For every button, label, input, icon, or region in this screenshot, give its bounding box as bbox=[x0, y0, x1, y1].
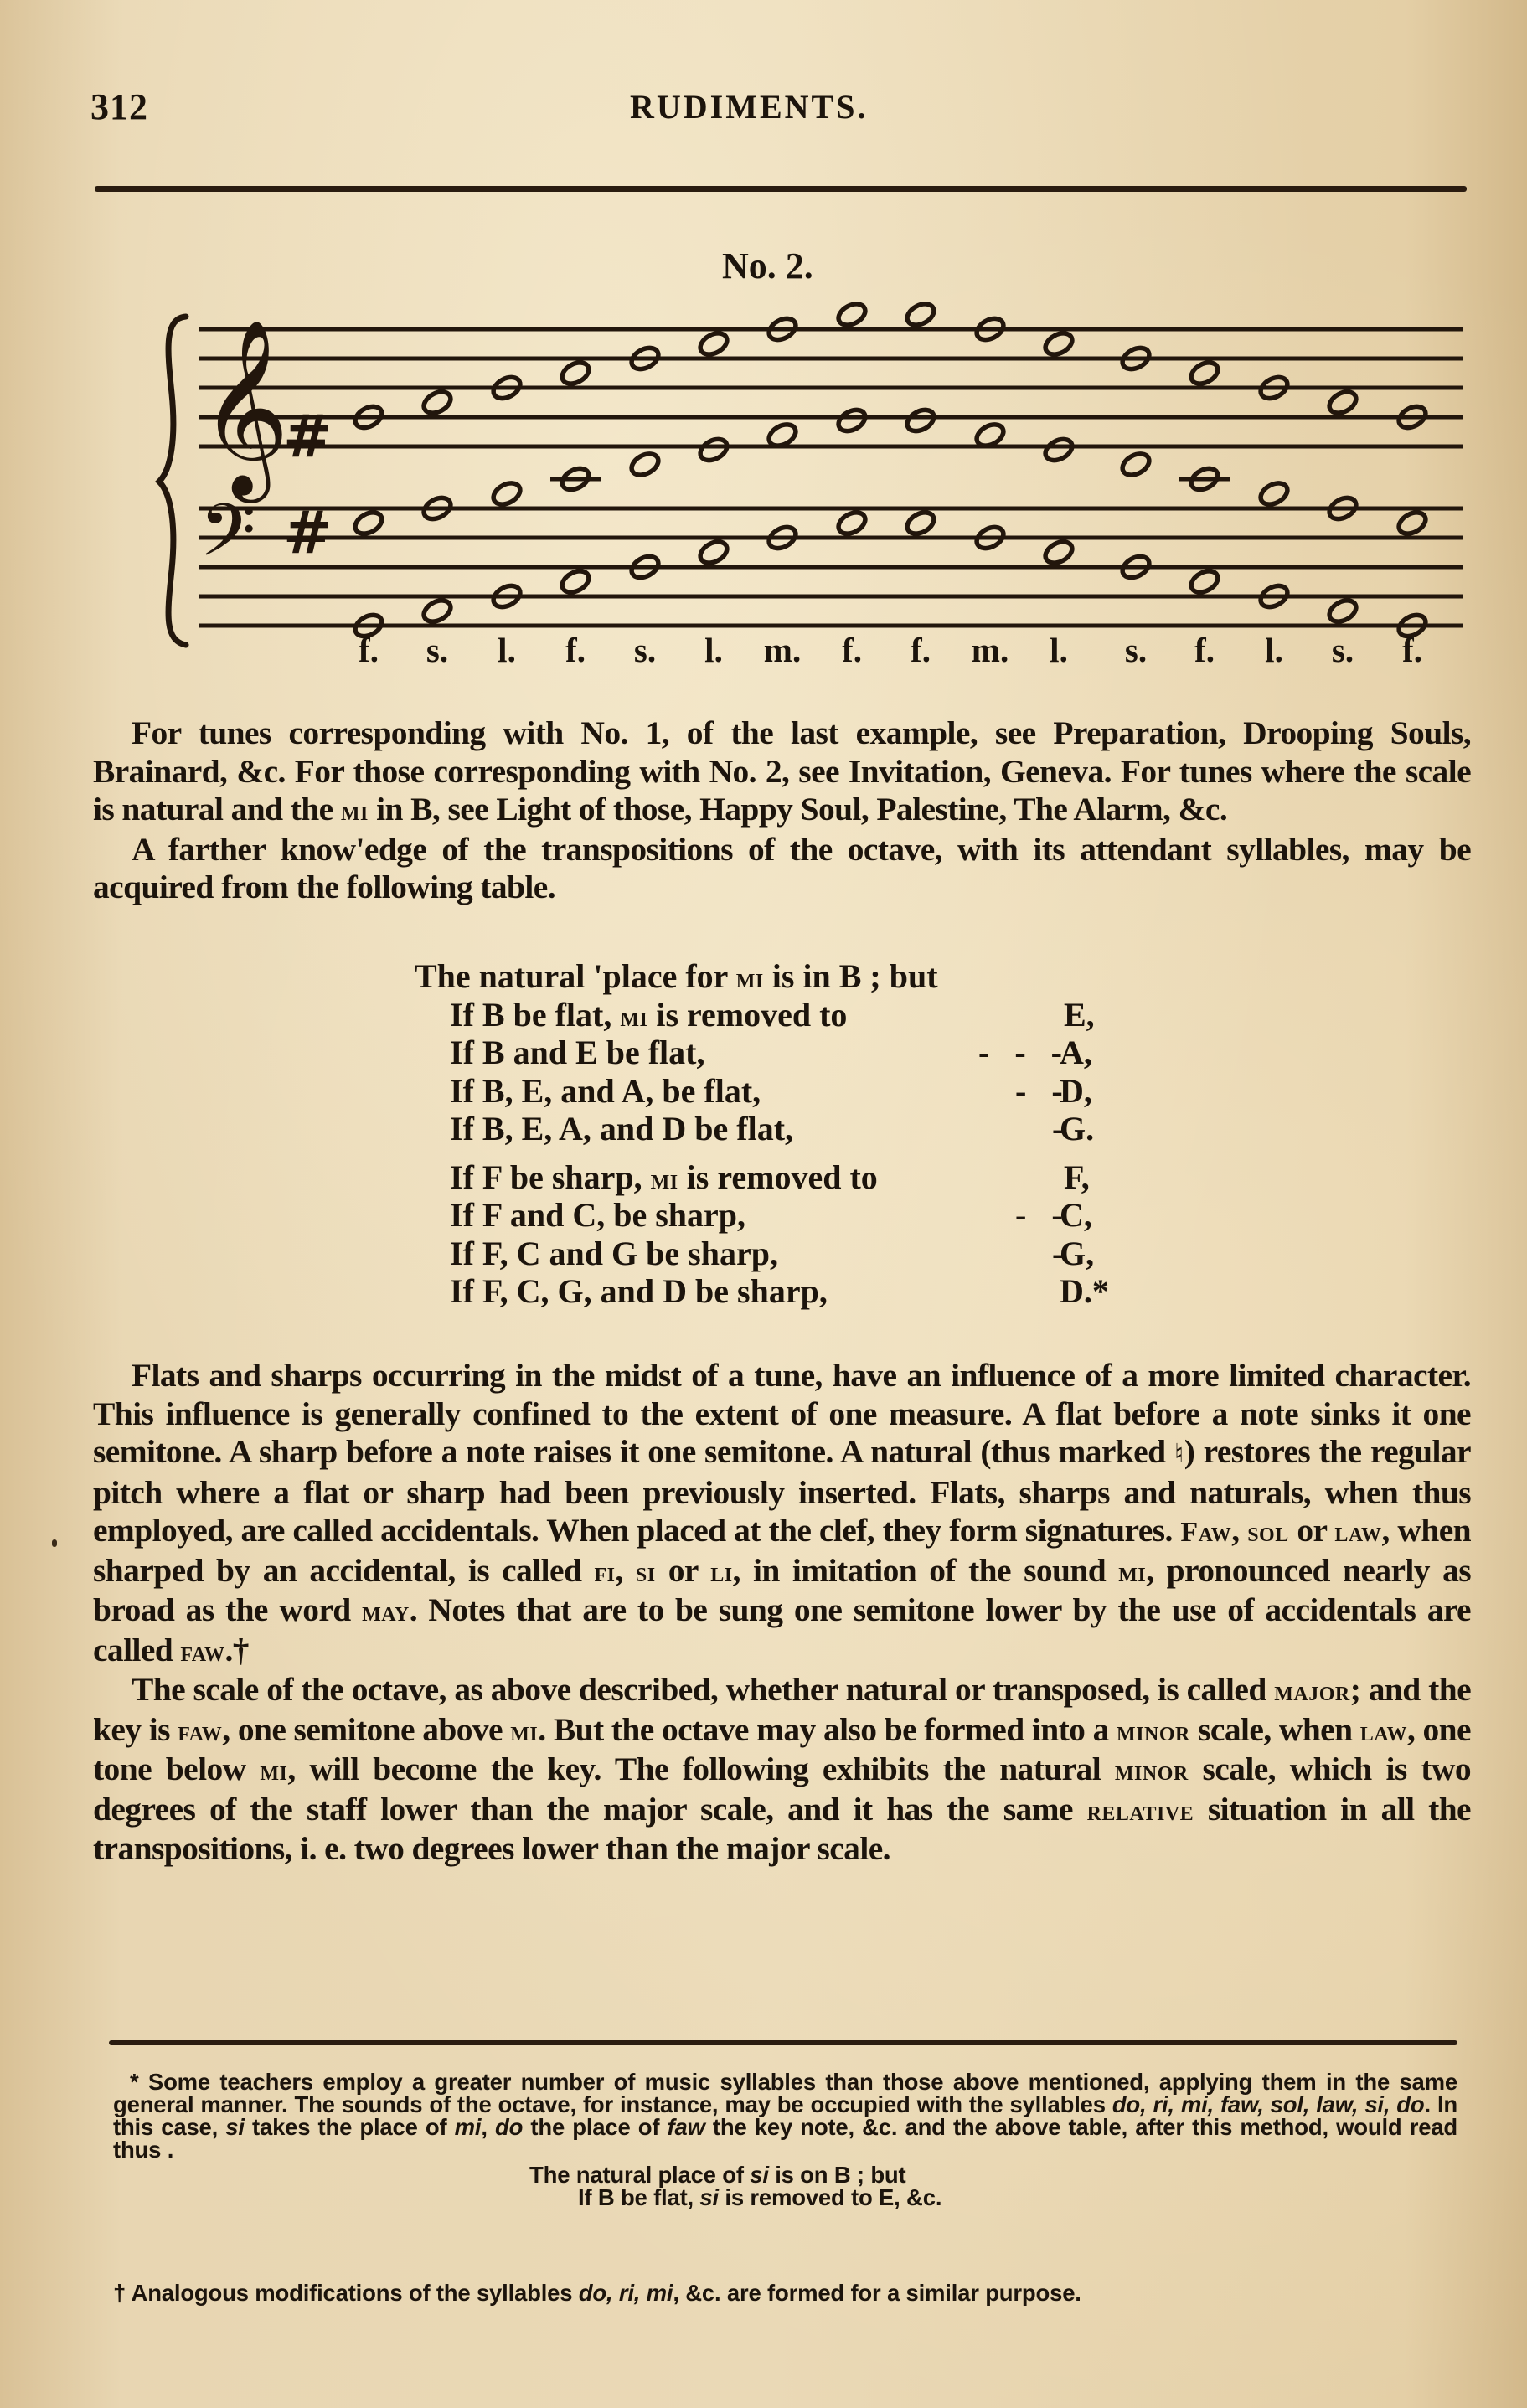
solfege-syllable: f. bbox=[359, 630, 379, 670]
table-intro-row: The natural 'place for mi is in B ; but bbox=[415, 957, 450, 996]
text: is in B ; but bbox=[764, 957, 938, 995]
solfege-syllable: s. bbox=[426, 630, 448, 670]
treble-clef-icon: 𝄞 bbox=[199, 317, 290, 503]
dagger-mark: † bbox=[113, 2280, 126, 2306]
paragraph-transposition-intro: A farther know'edge of the transposition… bbox=[93, 831, 1471, 907]
mi-position-key: E, bbox=[1064, 996, 1095, 1034]
solfege-syllable: m. bbox=[972, 630, 1009, 670]
mi-position-key: C, bbox=[1060, 1196, 1092, 1235]
text: takes the place of bbox=[245, 2114, 455, 2140]
text: the place of bbox=[523, 2114, 667, 2140]
text: , bbox=[481, 2114, 495, 2140]
solfege-syllable: m. bbox=[764, 630, 801, 670]
solfege-syllable: s. bbox=[1125, 630, 1147, 670]
syllable-fi: fi bbox=[594, 1557, 615, 1588]
syllable-si: si bbox=[699, 2184, 719, 2210]
text: , bbox=[615, 1552, 635, 1589]
whole-note-icon bbox=[904, 300, 937, 329]
syllable-law: law bbox=[1334, 1517, 1381, 1548]
condition: If B and E be flat, bbox=[450, 1034, 705, 1072]
mi-position-key: F, bbox=[1064, 1158, 1090, 1197]
bass-clef-icon: 𝄢 bbox=[199, 488, 256, 590]
transposition-table: The natural 'place for mi is in B ; but … bbox=[415, 957, 450, 1311]
solfege-syllable: f. bbox=[1194, 630, 1215, 670]
whole-note-icon bbox=[490, 479, 524, 508]
text: , in imitation of the sound bbox=[733, 1552, 1119, 1589]
whole-note-icon bbox=[835, 405, 869, 435]
whole-note-icon bbox=[1326, 596, 1359, 626]
text: , bbox=[1231, 1512, 1247, 1549]
whole-note-icon bbox=[1119, 450, 1153, 479]
natural-sign-icon: ♮ bbox=[1174, 1439, 1184, 1469]
solfege-syllable: f. bbox=[842, 630, 862, 670]
sharp-transpositions: If F be sharp, mi is removed toF,If F an… bbox=[415, 1158, 450, 1311]
syllable-si: si bbox=[225, 2114, 245, 2140]
solfege-syllable: l. bbox=[498, 630, 516, 670]
whole-note-icon bbox=[420, 388, 454, 417]
syllable-faw: Faw bbox=[1180, 1517, 1231, 1548]
text: scale, when bbox=[1190, 1711, 1360, 1748]
solfege-syllable: f. bbox=[1402, 630, 1422, 670]
syllable-mi: mi bbox=[455, 2114, 482, 2140]
whole-note-icon bbox=[904, 405, 937, 435]
solfege-syllable: l. bbox=[704, 630, 723, 670]
text: , will become the key. The following exh… bbox=[287, 1751, 1115, 1787]
term-relative: relative bbox=[1087, 1796, 1194, 1827]
text: The scale of the octave, as above descri… bbox=[132, 1671, 1274, 1708]
syllable-mi: mi bbox=[1118, 1557, 1146, 1588]
whole-note-icon bbox=[1042, 435, 1076, 464]
solfege-syllable: s. bbox=[1332, 630, 1354, 670]
condition: If F and C, be sharp, bbox=[450, 1196, 745, 1235]
text: .† bbox=[224, 1632, 248, 1668]
whole-note-icon bbox=[1257, 479, 1291, 508]
term-minor: minor bbox=[1115, 1756, 1189, 1787]
syllable-mi: mi bbox=[736, 962, 764, 994]
syllable-mi: mi bbox=[260, 1756, 287, 1787]
syllable-mi: mi bbox=[510, 1716, 538, 1747]
syllable-law: law bbox=[1360, 1716, 1407, 1747]
whole-note-icon bbox=[559, 567, 592, 596]
sharp-sign-icon: # bbox=[283, 401, 333, 471]
condition: If B, E, and A, be flat, bbox=[450, 1072, 761, 1111]
text: or bbox=[656, 1552, 711, 1589]
syllable-faw: faw bbox=[667, 2114, 704, 2140]
solfege-syllable: l. bbox=[1265, 630, 1283, 670]
condition: If B be flat, mi is removed to bbox=[450, 996, 847, 1037]
term-major: major bbox=[1274, 1676, 1349, 1707]
paragraph-accidentals: Flats and sharps occurring in the midst … bbox=[93, 1357, 1471, 1869]
syllable-faw: faw bbox=[180, 1637, 224, 1668]
text: , one semitone above bbox=[222, 1711, 510, 1748]
footnote-table: The natural place of si is on B ; but If… bbox=[529, 2163, 941, 2209]
condition: If F, C and G be sharp, bbox=[450, 1235, 778, 1273]
whole-note-icon bbox=[1042, 538, 1076, 567]
condition: If F, C, G, and D be sharp, bbox=[450, 1272, 828, 1311]
text: The natural 'place for bbox=[415, 957, 736, 995]
syllable-sol: sol bbox=[1247, 1517, 1289, 1548]
whole-note-icon bbox=[1188, 567, 1221, 596]
condition: If B, E, A, and D be flat, bbox=[450, 1110, 793, 1148]
whole-note-icon bbox=[697, 435, 730, 464]
syllable-do: do bbox=[495, 2114, 523, 2140]
whole-note-icon bbox=[1188, 358, 1221, 388]
term-minor: minor bbox=[1117, 1716, 1190, 1747]
brace-icon bbox=[159, 317, 186, 645]
text: Analogous modifications of the syllables bbox=[126, 2280, 579, 2306]
text: is removed to E, &c. bbox=[719, 2184, 941, 2210]
mi-position-key: G. bbox=[1060, 1110, 1094, 1148]
text: If B be flat, bbox=[578, 2184, 699, 2210]
whole-note-icon bbox=[835, 508, 869, 538]
solfege-syllable: f. bbox=[565, 630, 586, 670]
text: . But the octave may also be formed into… bbox=[538, 1711, 1117, 1748]
condition: If F be sharp, mi is removed to bbox=[450, 1158, 878, 1199]
whole-note-icon bbox=[559, 358, 592, 388]
syllable-mi: mi bbox=[620, 1001, 647, 1033]
solfege-syllable: s. bbox=[634, 630, 656, 670]
whole-note-icon bbox=[352, 508, 385, 538]
sharp-sign-icon: # bbox=[283, 498, 333, 567]
margin-ink-mark bbox=[52, 1539, 57, 1547]
syllable-mi: mi bbox=[341, 796, 369, 827]
syllable-faw: faw bbox=[178, 1716, 222, 1747]
whole-note-icon bbox=[697, 538, 730, 567]
whole-note-icon bbox=[697, 329, 730, 358]
mi-position-key: D, bbox=[1060, 1072, 1092, 1111]
music-staff-example: 𝄞𝄢## bbox=[0, 0, 1527, 670]
whole-note-icon bbox=[904, 508, 937, 538]
footnote-star: * Some teachers employ a greater number … bbox=[113, 2070, 1457, 2161]
footnote-table-line-1: The natural place of si is on B ; but bbox=[529, 2163, 941, 2186]
footnote-table-line-2: If B be flat, si is removed to E, &c. bbox=[529, 2186, 941, 2209]
solfege-syllable: f. bbox=[911, 630, 931, 670]
word-may: may bbox=[362, 1596, 410, 1627]
whole-note-icon bbox=[420, 596, 454, 626]
mi-position-key: D.* bbox=[1060, 1272, 1109, 1311]
syllable-mi: mi bbox=[651, 1163, 678, 1195]
flat-transpositions: If B be flat, mi is removed toE,If B and… bbox=[415, 996, 450, 1148]
syllable-si: si bbox=[636, 1557, 656, 1588]
paragraph-tune-references: For tunes corresponding with No. 1, of t… bbox=[93, 714, 1471, 907]
text: or bbox=[1289, 1512, 1335, 1549]
syllable-list: do, ri, mi bbox=[579, 2280, 673, 2306]
footnote-dagger: † Analogous modifications of the syllabl… bbox=[113, 2282, 1457, 2304]
text: in B, see Light of those, Happy Soul, Pa… bbox=[369, 791, 1227, 828]
whole-note-icon bbox=[1326, 388, 1359, 417]
whole-note-icon bbox=[628, 450, 662, 479]
footnote-rule bbox=[109, 2040, 1457, 2045]
whole-note-icon bbox=[835, 300, 869, 329]
whole-note-icon bbox=[1395, 508, 1429, 538]
mi-position-key: A, bbox=[1060, 1034, 1092, 1072]
syllable-li: li bbox=[710, 1557, 732, 1588]
whole-note-icon bbox=[1042, 329, 1076, 358]
mi-position-key: G, bbox=[1060, 1235, 1094, 1273]
text: , &c. are formed for a similar purpose. bbox=[673, 2280, 1081, 2306]
solfege-syllable-row: f.s.l.f.s.l.m.f.f.m.l.s.f.l.s.f. bbox=[318, 630, 1474, 680]
solfege-syllable: l. bbox=[1050, 630, 1068, 670]
